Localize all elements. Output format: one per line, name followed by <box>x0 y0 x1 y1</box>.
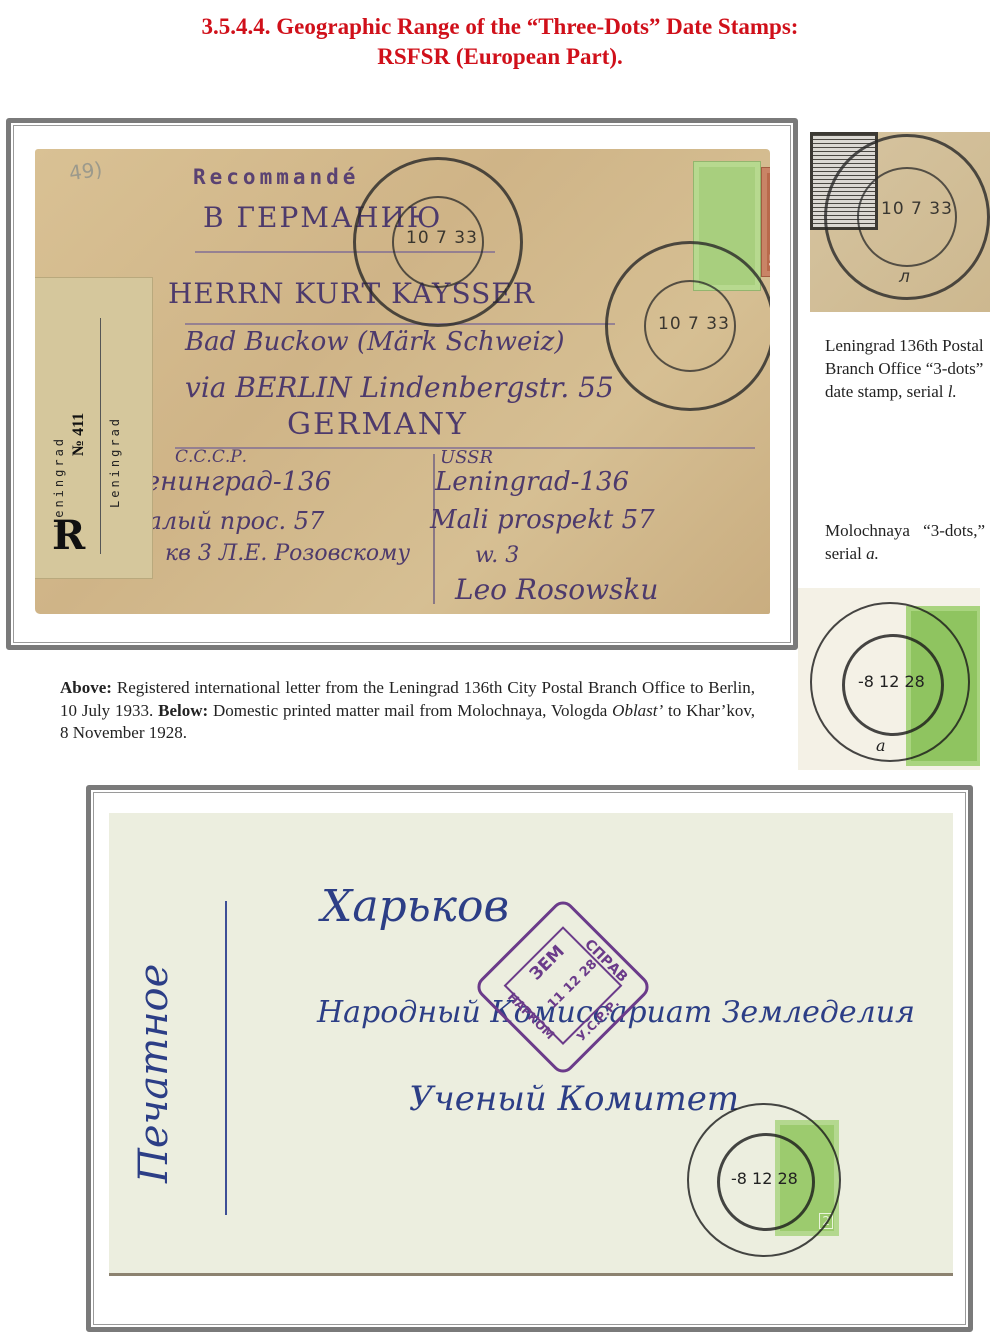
page-title-line-2: RSFSR (European Part). <box>0 42 1000 72</box>
postmark-date: -8 12 28 <box>731 1169 798 1188</box>
sender-lat-5: Leo Rosowsku <box>455 573 658 606</box>
underline <box>185 323 615 325</box>
hw-destination-city: Харьков <box>321 881 509 932</box>
sender-lat-2: Leningrad-136 <box>435 467 629 497</box>
postmark-2: 10 7 33 <box>605 241 770 411</box>
reg-label-number: № 411 <box>70 413 88 456</box>
exhibit-caption: Above: Registered international letter f… <box>60 677 755 745</box>
cover-bottom-frame: Харьков Народный Комиссариат Земледелия … <box>86 785 973 1332</box>
hw-address-1: Bad Buckow (Märk Schweiz) <box>185 327 565 357</box>
registered-handstamp: Recommandé <box>193 165 359 189</box>
detail-leningrad-postmark: 10 7 33 л <box>810 132 990 312</box>
sender-ru-4: кв 3 Л.Е. Розовскому <box>165 541 410 566</box>
leningrad-stamp-caption: Leningrad 136th Postal Branch Office “3-… <box>825 334 985 403</box>
pencil-number: 49) <box>67 157 103 185</box>
hw-printed-matter: Печатное <box>131 964 177 1183</box>
page-title: 3.5.4.4. Geographic Range of the “Three-… <box>0 12 1000 72</box>
side-underline <box>225 901 227 1215</box>
sender-ru-1: С.С.С.Р. <box>175 447 247 467</box>
sender-lat-4: w. 3 <box>475 543 519 568</box>
sender-lat-3: Mali prospekt 57 <box>430 505 655 535</box>
registration-label: Leningrad Leningrad № 411 R <box>35 277 153 579</box>
cover-top-frame: 49) Recommandé В ГЕРМАНИЮ HERRN KURT KAY… <box>6 118 798 650</box>
sender-lat-1: USSR <box>440 447 493 468</box>
postmark-1: 10 7 33 <box>353 157 523 327</box>
sender-ru-2: Ленинград-136 <box>123 467 331 497</box>
detail-molochnaya-postmark: -8 12 28 а <box>798 588 980 770</box>
sender-ru-3: Малый прос. 57 <box>123 507 324 535</box>
stamp-brown: СССР 5 5 <box>761 167 770 277</box>
cover-top-image: 49) Recommandé В ГЕРМАНИЮ HERRN KURT KAY… <box>35 149 770 614</box>
reg-label-letter: R <box>52 512 85 559</box>
hw-addressee-line-2: Ученый Комитет <box>409 1079 739 1119</box>
cover-bottom-image: Харьков Народный Комиссариат Земледелия … <box>109 813 953 1273</box>
hw-address-2: via BERLIN Lindenbergstr. 55 <box>185 371 614 404</box>
hw-address-3: GERMANY <box>287 407 468 442</box>
molochnaya-stamp-caption: Molochnaya “3-dots,” serial a. <box>825 519 985 565</box>
reg-label-city-2: Leningrad <box>108 416 122 508</box>
page-title-line-1: 3.5.4.4. Geographic Range of the “Three-… <box>0 12 1000 42</box>
